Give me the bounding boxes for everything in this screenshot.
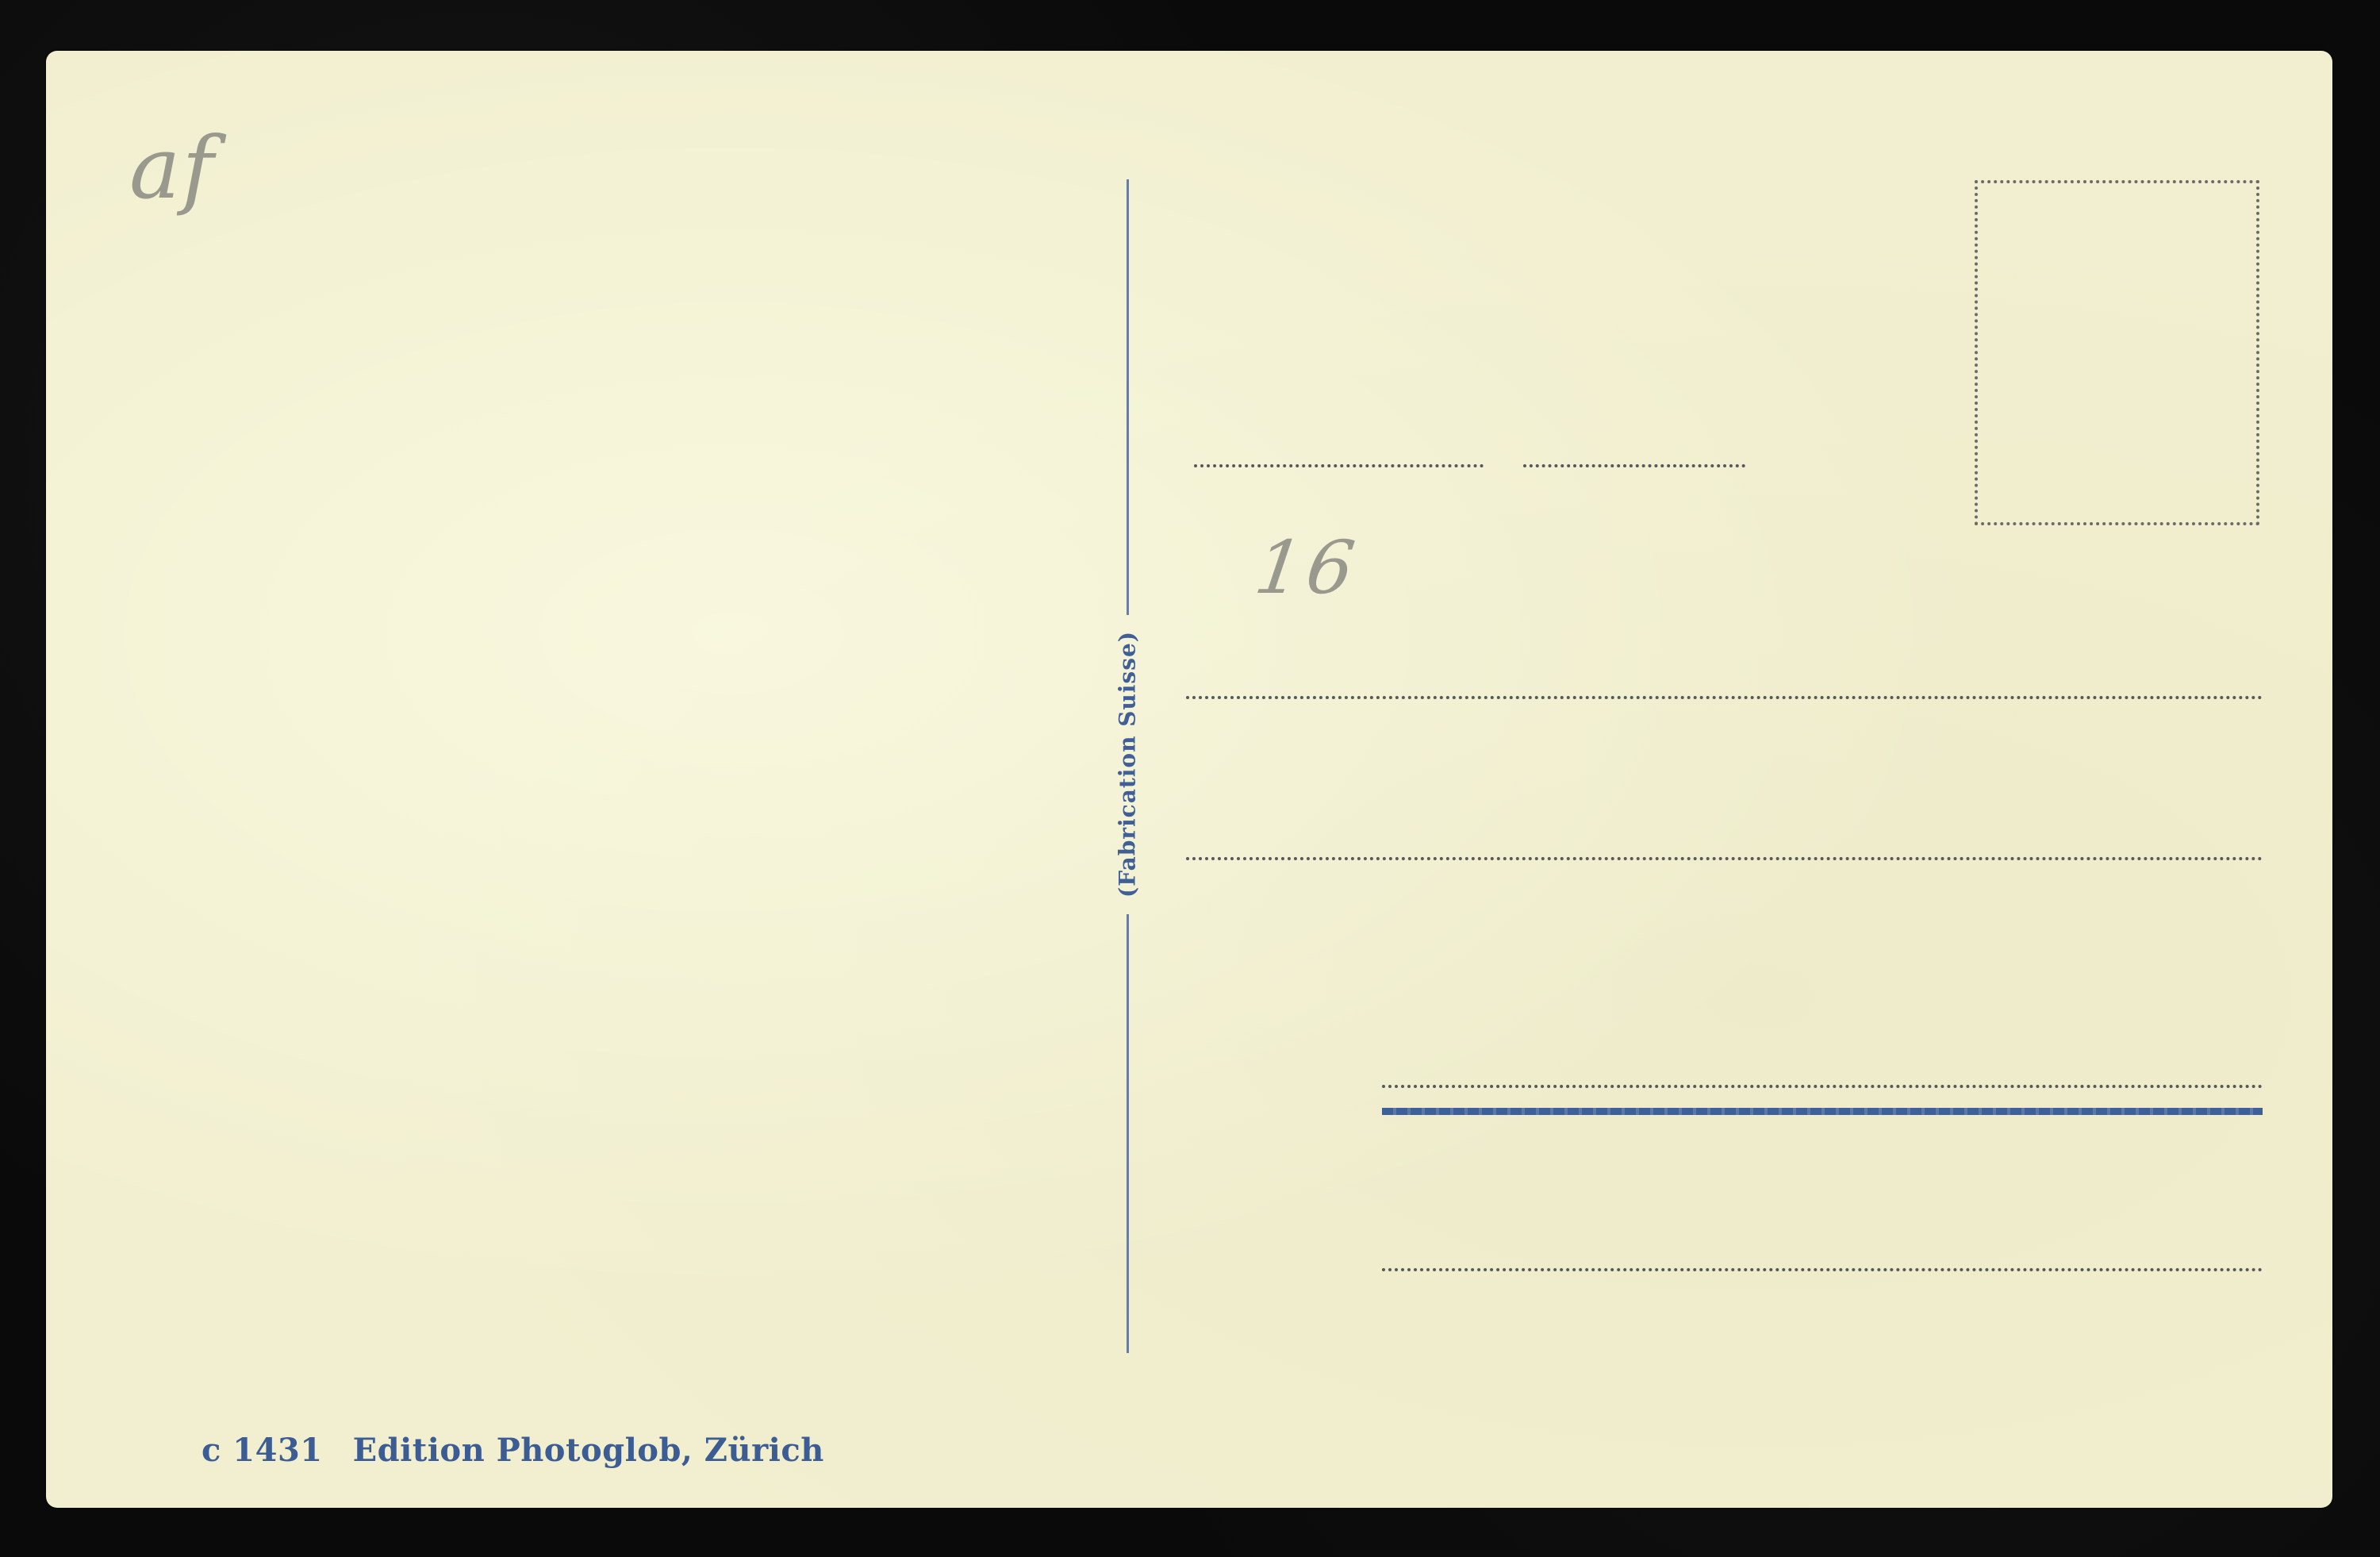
catalog-code: c 1431 [202,1432,323,1469]
publisher-name: Edition Photoglob, Zürich [353,1432,824,1469]
center-divider-bottom [1127,914,1129,1353]
pencil-note-af: af [129,119,215,218]
center-divider-top [1127,179,1129,615]
publisher-imprint: c 1431Edition Photoglob, Zürich [202,1432,824,1469]
address-line-3 [1186,857,2263,860]
address-line-4 [1382,1085,2263,1088]
postcard-back: af (Fabrication Suisse) 16 c 1431Edition… [46,51,2332,1508]
address-line-2 [1186,696,2263,699]
address-line-1-left [1194,464,1484,467]
address-underline-bar [1382,1108,2263,1115]
pencil-note-16: 16 [1249,525,1364,610]
address-line-1-right [1523,464,1745,467]
stamp-box [1975,180,2259,525]
divider-label: (Fabrication Suisse) [1115,631,1141,898]
address-line-5 [1382,1268,2263,1271]
